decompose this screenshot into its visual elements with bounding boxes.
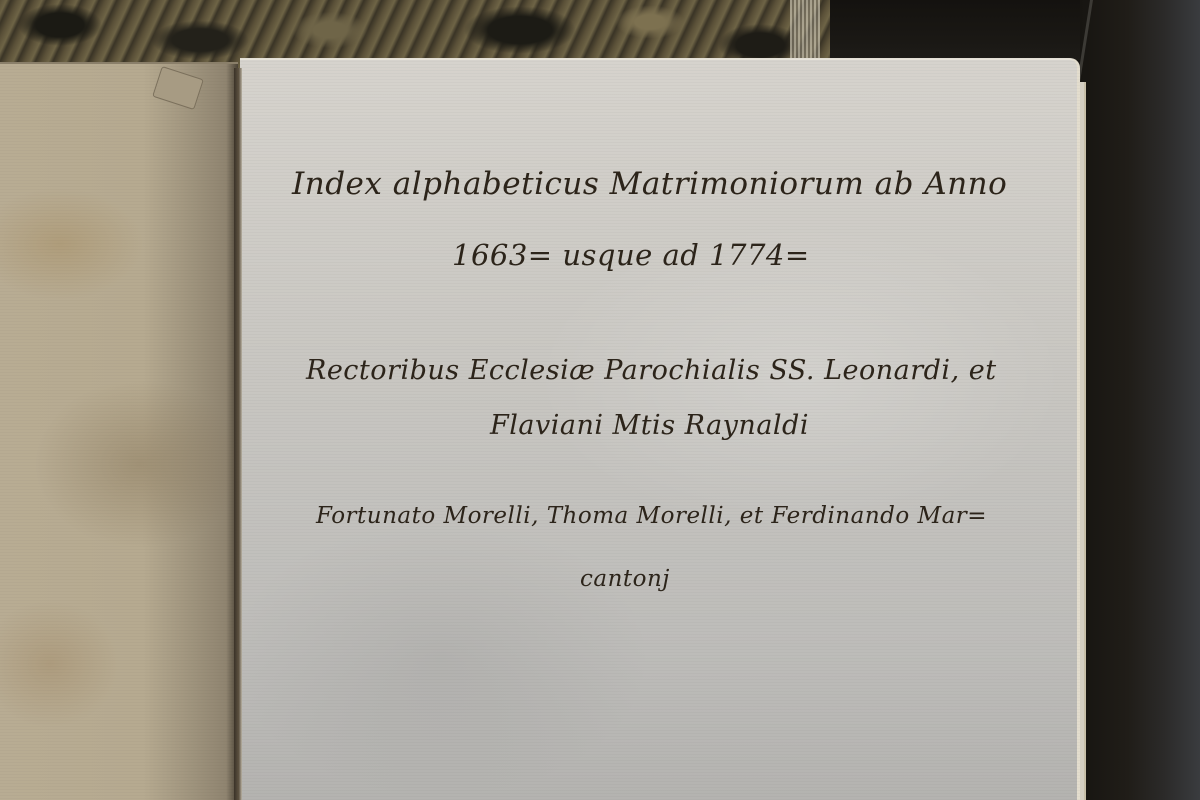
title-line-2: 1663= usque ad 1774= [452, 238, 810, 272]
rectors-line-2: Flaviani Mtis Raynaldi [490, 410, 809, 441]
names-line-2: cantonj [580, 566, 670, 592]
paper-texture [0, 64, 238, 800]
book-gutter [234, 68, 242, 800]
rectors-line-1: Rectoribus Ecclesiæ Parochialis SS. Leon… [306, 355, 997, 386]
manuscript-photo: Index alphabeticus Matrimoniorum ab Anno… [0, 0, 1200, 800]
names-line-1: Fortunato Morelli, Thoma Morelli, et Fer… [316, 503, 987, 529]
left-page [0, 62, 238, 800]
fabric-fringe [790, 0, 820, 60]
title-line-1: Index alphabeticus Matrimoniorum ab Anno [292, 166, 1007, 202]
dark-background-right [1080, 0, 1200, 800]
